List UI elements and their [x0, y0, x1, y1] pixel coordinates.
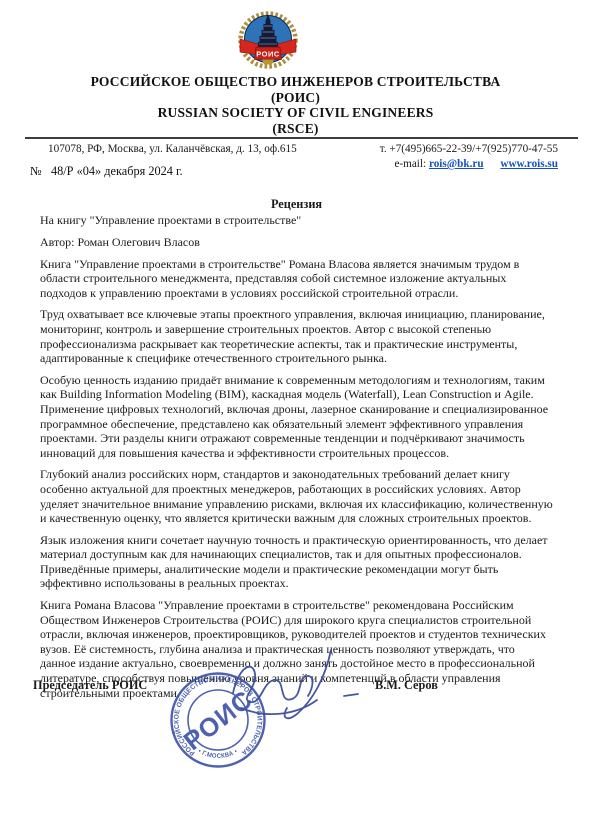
org-logo-icon: РОИС: [236, 11, 300, 73]
review-paragraph: Язык изложения книги сочетает научную то…: [40, 533, 553, 591]
book-title-line: На книгу "Управление проектами в строите…: [40, 212, 553, 228]
logo-banner-label: РОИС: [256, 50, 280, 59]
org-name-ru: РОССИЙСКОЕ ОБЩЕСТВО ИНЖЕНЕРОВ СТРОИТЕЛЬС…: [0, 74, 591, 90]
org-abbr-en: (RSCE): [0, 121, 591, 137]
round-stamp: РОССИЙСКОЕ ОБЩЕСТВО ИНЖЕНЕРОВ СТРОИТЕЛЬС…: [172, 674, 265, 767]
review-paragraph: Особую ценность изданию придаёт внимание…: [40, 373, 553, 461]
org-name-en: RUSSIAN SOCIETY OF CIVIL ENGINEERS: [0, 105, 591, 121]
author-line: Автор: Роман Олегович Власов: [40, 235, 553, 250]
logo-base: [262, 60, 274, 65]
review-paragraph: Глубокий анализ российских норм, стандар…: [40, 467, 553, 525]
email-line: e-mail: rois@bk.ru www.rois.su: [380, 157, 558, 172]
signer-position: Председатель РОИС: [33, 678, 147, 693]
review-paragraph: Книга "Управление проектами в строительс…: [40, 257, 553, 301]
review-heading: Рецензия: [40, 196, 553, 212]
email-link[interactable]: rois@bk.ru: [429, 158, 484, 170]
stamp-and-signature: РОССИЙСКОЕ ОБЩЕСТВО ИНЖЕНЕРОВ СТРОИТЕЛЬС…: [145, 638, 395, 793]
header-divider: [25, 137, 578, 139]
review-body: Рецензия На книгу "Управление проектами …: [40, 196, 553, 700]
org-phone: т. +7(495)665-22-39/+7(925)770-47-55: [380, 142, 558, 157]
review-letter-page: РОИС РОССИЙСКОЕ ОБЩЕСТВО ИНЖЕНЕРОВ СТРОИ…: [0, 0, 591, 816]
reference-number-line: № 48/Р «04» декабря 2024 г.: [30, 164, 183, 179]
review-paragraph: Труд охватывает все ключевые этапы проек…: [40, 307, 553, 365]
email-label: e-mail:: [394, 158, 426, 170]
contact-block: т. +7(495)665-22-39/+7(925)770-47-55 e-m…: [380, 142, 558, 172]
website-link[interactable]: www.rois.su: [500, 158, 558, 170]
org-abbr-ru: (РОИС): [0, 90, 591, 106]
letterhead-titles: РОССИЙСКОЕ ОБЩЕСТВО ИНЖЕНЕРОВ СТРОИТЕЛЬС…: [0, 74, 591, 136]
